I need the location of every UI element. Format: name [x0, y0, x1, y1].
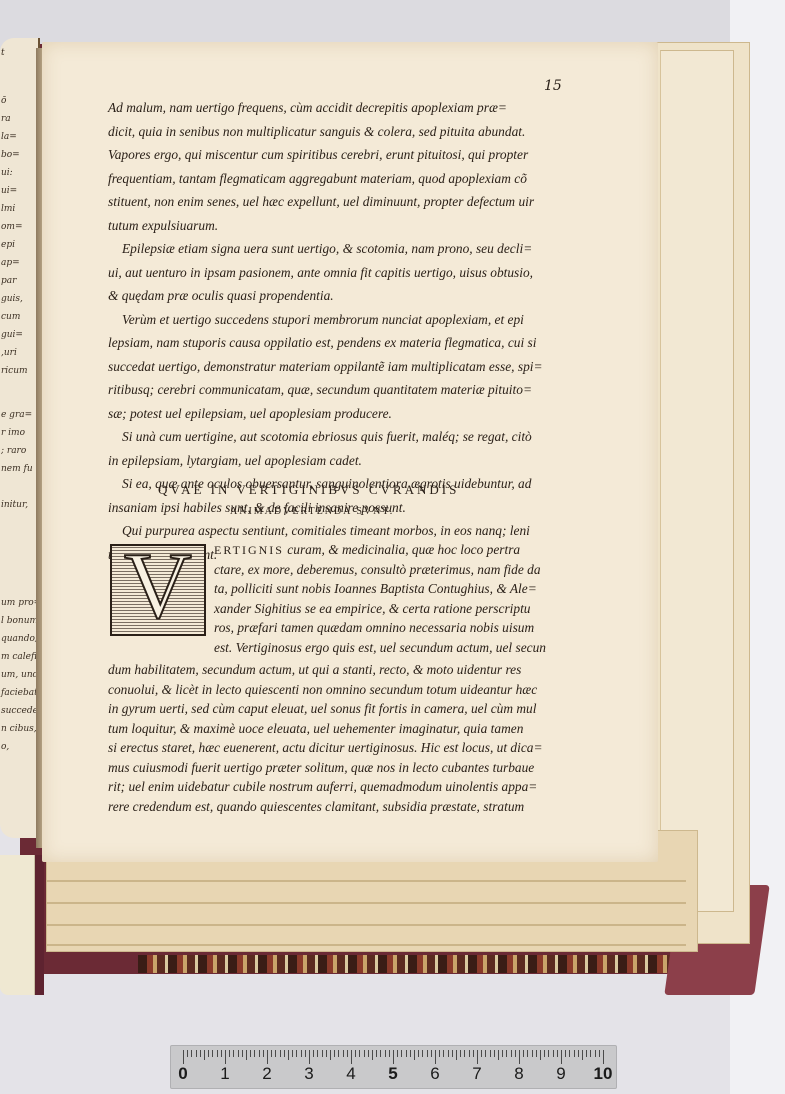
ruler-tick: [452, 1050, 453, 1057]
left-page-text-fragment: ,uri: [1, 348, 17, 358]
ruler-tick: [229, 1050, 230, 1057]
left-page-text-fragment: ui=: [1, 186, 17, 196]
ruler-tick: [490, 1050, 491, 1057]
text-line: frequentiam, tantam flegmaticam aggregab…: [108, 169, 527, 189]
ruler-tick: [460, 1050, 461, 1057]
text-line: sæ; potest uel epilepsiam, uel apoplesia…: [108, 404, 392, 424]
ruler-label: 3: [304, 1064, 313, 1084]
left-page-text-fragment: ō: [1, 96, 6, 106]
text-line: Ad malum, nam uertigo frequens, cùm acci…: [108, 98, 507, 118]
page-stack-right-inner: [660, 50, 734, 912]
ruler-tick: [280, 1050, 281, 1057]
ruler-tick: [431, 1050, 432, 1057]
left-page-text-fragment: l bonum: [1, 616, 38, 626]
ruler-tick: [595, 1050, 596, 1057]
ruler-tick: [254, 1050, 255, 1057]
ruler-tick: [389, 1050, 390, 1057]
ruler-tick: [326, 1050, 327, 1057]
left-page-text-fragment: succeden: [1, 706, 40, 716]
text-line: ERTIGNIS curam, & medicinalia, quæ hoc l…: [214, 540, 520, 560]
ruler-tick: [422, 1050, 423, 1057]
left-page-text-fragment: um pro=: [1, 598, 40, 608]
left-page-text-fragment: nem fu: [1, 464, 33, 474]
ruler-tick: [540, 1050, 541, 1060]
left-page-text-fragment: r imo: [1, 428, 25, 438]
left-page-text-fragment: e gra=: [1, 410, 32, 420]
text-line: Vapores ergo, qui miscentur cum spiritib…: [108, 145, 528, 165]
page-edge-line: [46, 944, 686, 946]
left-page-text-fragment: initur,: [1, 500, 28, 510]
left-page-text-fragment: ricum: [1, 366, 28, 376]
ruler-tick: [498, 1050, 499, 1060]
ruler-tick: [296, 1050, 297, 1057]
ruler-tick: [343, 1050, 344, 1057]
ruler-tick: [385, 1050, 386, 1057]
left-page-text-fragment: cum: [1, 312, 20, 322]
ruler-label: 10: [594, 1064, 613, 1084]
left-page-text-fragment: par: [1, 276, 16, 286]
ruler-tick: [246, 1050, 247, 1060]
ruler-tick: [330, 1050, 331, 1060]
text-line: ta, polliciti sunt nobis Ioannes Baptist…: [214, 579, 537, 599]
left-page-text-fragment: bo=: [1, 150, 20, 160]
ruler-tick: [502, 1050, 503, 1057]
ruler-tick: [359, 1050, 360, 1057]
ruler-tick: [372, 1050, 373, 1060]
ruler-tick: [187, 1050, 188, 1057]
ruler-label: 9: [556, 1064, 565, 1084]
ruler-tick: [212, 1050, 213, 1057]
ruler-tick: [439, 1050, 440, 1057]
text-line: succedat uertigo, demonstratur materiam …: [108, 357, 543, 377]
ruler-tick: [481, 1050, 482, 1057]
ruler-tick: [511, 1050, 512, 1057]
ruler-tick: [578, 1050, 579, 1057]
ruler-tick: [418, 1050, 419, 1057]
woodcut-initial: V: [110, 544, 206, 636]
ruler-tick: [301, 1050, 302, 1057]
text-line: lepsiam, nam stuporis causa oppilatio es…: [108, 333, 536, 353]
ruler-label: 8: [514, 1064, 523, 1084]
text-line: tum loquitur, & maximè uoce eleuata, uel…: [108, 719, 523, 739]
ruler-tick: [238, 1050, 239, 1057]
ruler-tick: [548, 1050, 549, 1057]
ruler-tick: [275, 1050, 276, 1057]
ruler-tick: [544, 1050, 545, 1057]
left-page-text-fragment: om=: [1, 222, 23, 232]
text-line: mus cuiusmodi fuerit uertigo præter soli…: [108, 758, 534, 778]
page-edge-line: [46, 924, 686, 926]
left-page-text-fragment: n cibus,: [1, 724, 37, 734]
ruler-tick: [242, 1050, 243, 1057]
text-line: est. Vertiginosus ergo quis est, uel sec…: [214, 638, 546, 658]
ruler-tick: [376, 1050, 377, 1057]
ruler-tick: [590, 1050, 591, 1057]
text-line: Verùm et uertigo succedens stupori membr…: [122, 310, 524, 330]
ruler-tick: [313, 1050, 314, 1057]
ruler-tick: [485, 1050, 486, 1057]
ruler-tick: [204, 1050, 205, 1060]
text-line: in epilepsiam, lytargiam, uel apoplesiam…: [108, 451, 362, 471]
section-heading: QVAE IN VERTIGINIBVS CVRANDIS: [158, 482, 459, 498]
left-page-flap: [0, 855, 35, 995]
section-subheading: ANIMADVERTENDA SVNT.: [230, 506, 394, 517]
ruler-tick: [351, 1050, 352, 1064]
ruler-tick: [527, 1050, 528, 1057]
ruler-tick: [414, 1050, 415, 1060]
text-span: curam, & medicinalia, quæ hoc loco pertr…: [284, 542, 520, 557]
ruler-tick: [233, 1050, 234, 1057]
ruler-tick: [456, 1050, 457, 1060]
left-page-text-fragment: t: [1, 48, 5, 58]
ruler-tick: [355, 1050, 356, 1057]
text-line: ui, aut uenturo in ipsam pasionem, ante …: [108, 263, 533, 283]
page-edge-line: [46, 902, 686, 904]
text-line: si erectus staret, hæc euenerent, actu d…: [108, 738, 543, 758]
ruler-tick: [221, 1050, 222, 1057]
ruler-tick: [305, 1050, 306, 1057]
left-page-text-fragment: um, unde: [1, 670, 40, 680]
ruler-tick: [448, 1050, 449, 1057]
recto-page: 15 Ad malum, nam uertigo frequens, cùm a…: [42, 42, 658, 862]
ruler-tick: [443, 1050, 444, 1057]
ruler-label: 7: [472, 1064, 481, 1084]
text-line: dicit, quia in senibus non multiplicatur…: [108, 122, 525, 142]
text-line: Si unà cum uertigine, aut scotomia ebrio…: [122, 427, 532, 447]
ruler-tick: [322, 1050, 323, 1057]
left-page-text-fragment: lmi: [1, 204, 15, 214]
left-page-text-fragment: ui:: [1, 168, 13, 178]
ruler-tick: [250, 1050, 251, 1057]
text-line: stituent, non enim senes, uel hæc expell…: [108, 192, 534, 212]
ruler-tick: [427, 1050, 428, 1057]
ruler-tick: [603, 1050, 604, 1064]
left-page-text-fragment: m calefit: [1, 652, 40, 662]
ruler-tick: [464, 1050, 465, 1057]
ruler-tick: [217, 1050, 218, 1057]
text-line: ritibusq; cerebri communicatam, quæ, sec…: [108, 380, 532, 400]
text-line: Epilepsiæ etiam signa uera sunt uertigo,…: [122, 239, 532, 259]
ruler-tick: [506, 1050, 507, 1057]
text-line: in gyrum uerti, sed cùm caput eleuat, ue…: [108, 699, 536, 719]
ruler-tick: [574, 1050, 575, 1057]
ruler-tick: [586, 1050, 587, 1057]
ruler-tick: [292, 1050, 293, 1057]
ruler-tick: [557, 1050, 558, 1057]
ruler-tick: [397, 1050, 398, 1057]
ruler-tick: [368, 1050, 369, 1057]
text-line: rit; uel enim uidebatur cubile nostrum a…: [108, 777, 537, 797]
text-line: xander Sighitius se ea empirice, & certa…: [214, 599, 531, 619]
ruler-label: 4: [346, 1064, 355, 1084]
ruler-tick: [347, 1050, 348, 1057]
ruler-tick: [263, 1050, 264, 1057]
lead-word: ERTIGNIS: [214, 543, 284, 557]
ruler-tick: [536, 1050, 537, 1057]
ruler-tick: [380, 1050, 381, 1057]
left-page-text-fragment: quando;: [1, 634, 38, 644]
ruler-tick: [225, 1050, 226, 1064]
ruler-tick: [599, 1050, 600, 1057]
left-page-text-fragment: epi: [1, 240, 15, 250]
ruler-tick: [284, 1050, 285, 1057]
left-page-text-fragment: la=: [1, 132, 17, 142]
text-line: conuolui, & licèt in lecto quiescenti no…: [108, 680, 537, 700]
ruler-tick: [208, 1050, 209, 1057]
left-page-text-fragment: ap=: [1, 258, 20, 268]
ruler-tick: [200, 1050, 201, 1057]
marbled-board-edge: [138, 955, 698, 973]
ruler-tick: [183, 1050, 184, 1064]
ruler-tick: [406, 1050, 407, 1057]
ruler-tick: [393, 1050, 394, 1064]
ruler-tick: [523, 1050, 524, 1057]
text-line: & quędam præ oculis quasi propendentia.: [108, 286, 334, 306]
ruler-label: 0: [178, 1064, 187, 1084]
ruler-tick: [334, 1050, 335, 1057]
left-page-text-fragment: guis,: [1, 294, 23, 304]
ruler-tick: [288, 1050, 289, 1060]
ruler-tick: [565, 1050, 566, 1057]
left-facing-page: tōrala=bo=ui:ui=lmiom=epiap=parguis,cumg…: [0, 38, 40, 838]
ruler-tick: [401, 1050, 402, 1057]
ruler-tick: [553, 1050, 554, 1057]
ruler-tick: [532, 1050, 533, 1057]
ruler-tick: [191, 1050, 192, 1057]
ruler-tick: [267, 1050, 268, 1064]
left-page-text-fragment: faciebat,: [1, 688, 40, 698]
text-line: rere credendum est, quando quiescentes c…: [108, 797, 524, 817]
ruler-tick: [271, 1050, 272, 1057]
measurement-ruler: 012345678910: [170, 1045, 617, 1089]
ruler-tick: [435, 1050, 436, 1064]
ruler-tick: [561, 1050, 562, 1064]
ruler-tick: [519, 1050, 520, 1064]
initial-letter: V: [112, 536, 204, 636]
ruler-label: 1: [220, 1064, 229, 1084]
left-page-text-fragment: o,: [1, 742, 9, 752]
ruler-tick: [317, 1050, 318, 1057]
ruler-tick: [338, 1050, 339, 1057]
text-line: ctare, ex more, deberemus, consultò præt…: [214, 560, 541, 580]
ruler-label: 2: [262, 1064, 271, 1084]
ruler-label: 5: [388, 1064, 397, 1084]
ruler-tick: [477, 1050, 478, 1064]
ruler-tick: [569, 1050, 570, 1057]
left-page-text-fragment: gui=: [1, 330, 23, 340]
ruler-tick: [473, 1050, 474, 1057]
ruler-tick: [410, 1050, 411, 1057]
text-line: ros, præfari tamen quædam omnino necessa…: [214, 618, 534, 638]
ruler-tick: [309, 1050, 310, 1064]
text-line: dum habilitatem, secundum actum, ut qui …: [108, 660, 521, 680]
text-line: tutum expulsiuarum.: [108, 216, 218, 236]
ruler-tick: [196, 1050, 197, 1057]
left-page-text-fragment: ra: [1, 114, 11, 124]
page-number: 15: [544, 78, 562, 94]
ruler-tick: [259, 1050, 260, 1057]
ruler-tick: [494, 1050, 495, 1057]
ruler-tick: [582, 1050, 583, 1060]
ruler-tick: [469, 1050, 470, 1057]
ruler-tick: [515, 1050, 516, 1057]
ruler-label: 6: [430, 1064, 439, 1084]
left-page-text-fragment: ; raro: [1, 446, 26, 456]
ruler-tick: [364, 1050, 365, 1057]
page-edge-line: [46, 880, 686, 882]
